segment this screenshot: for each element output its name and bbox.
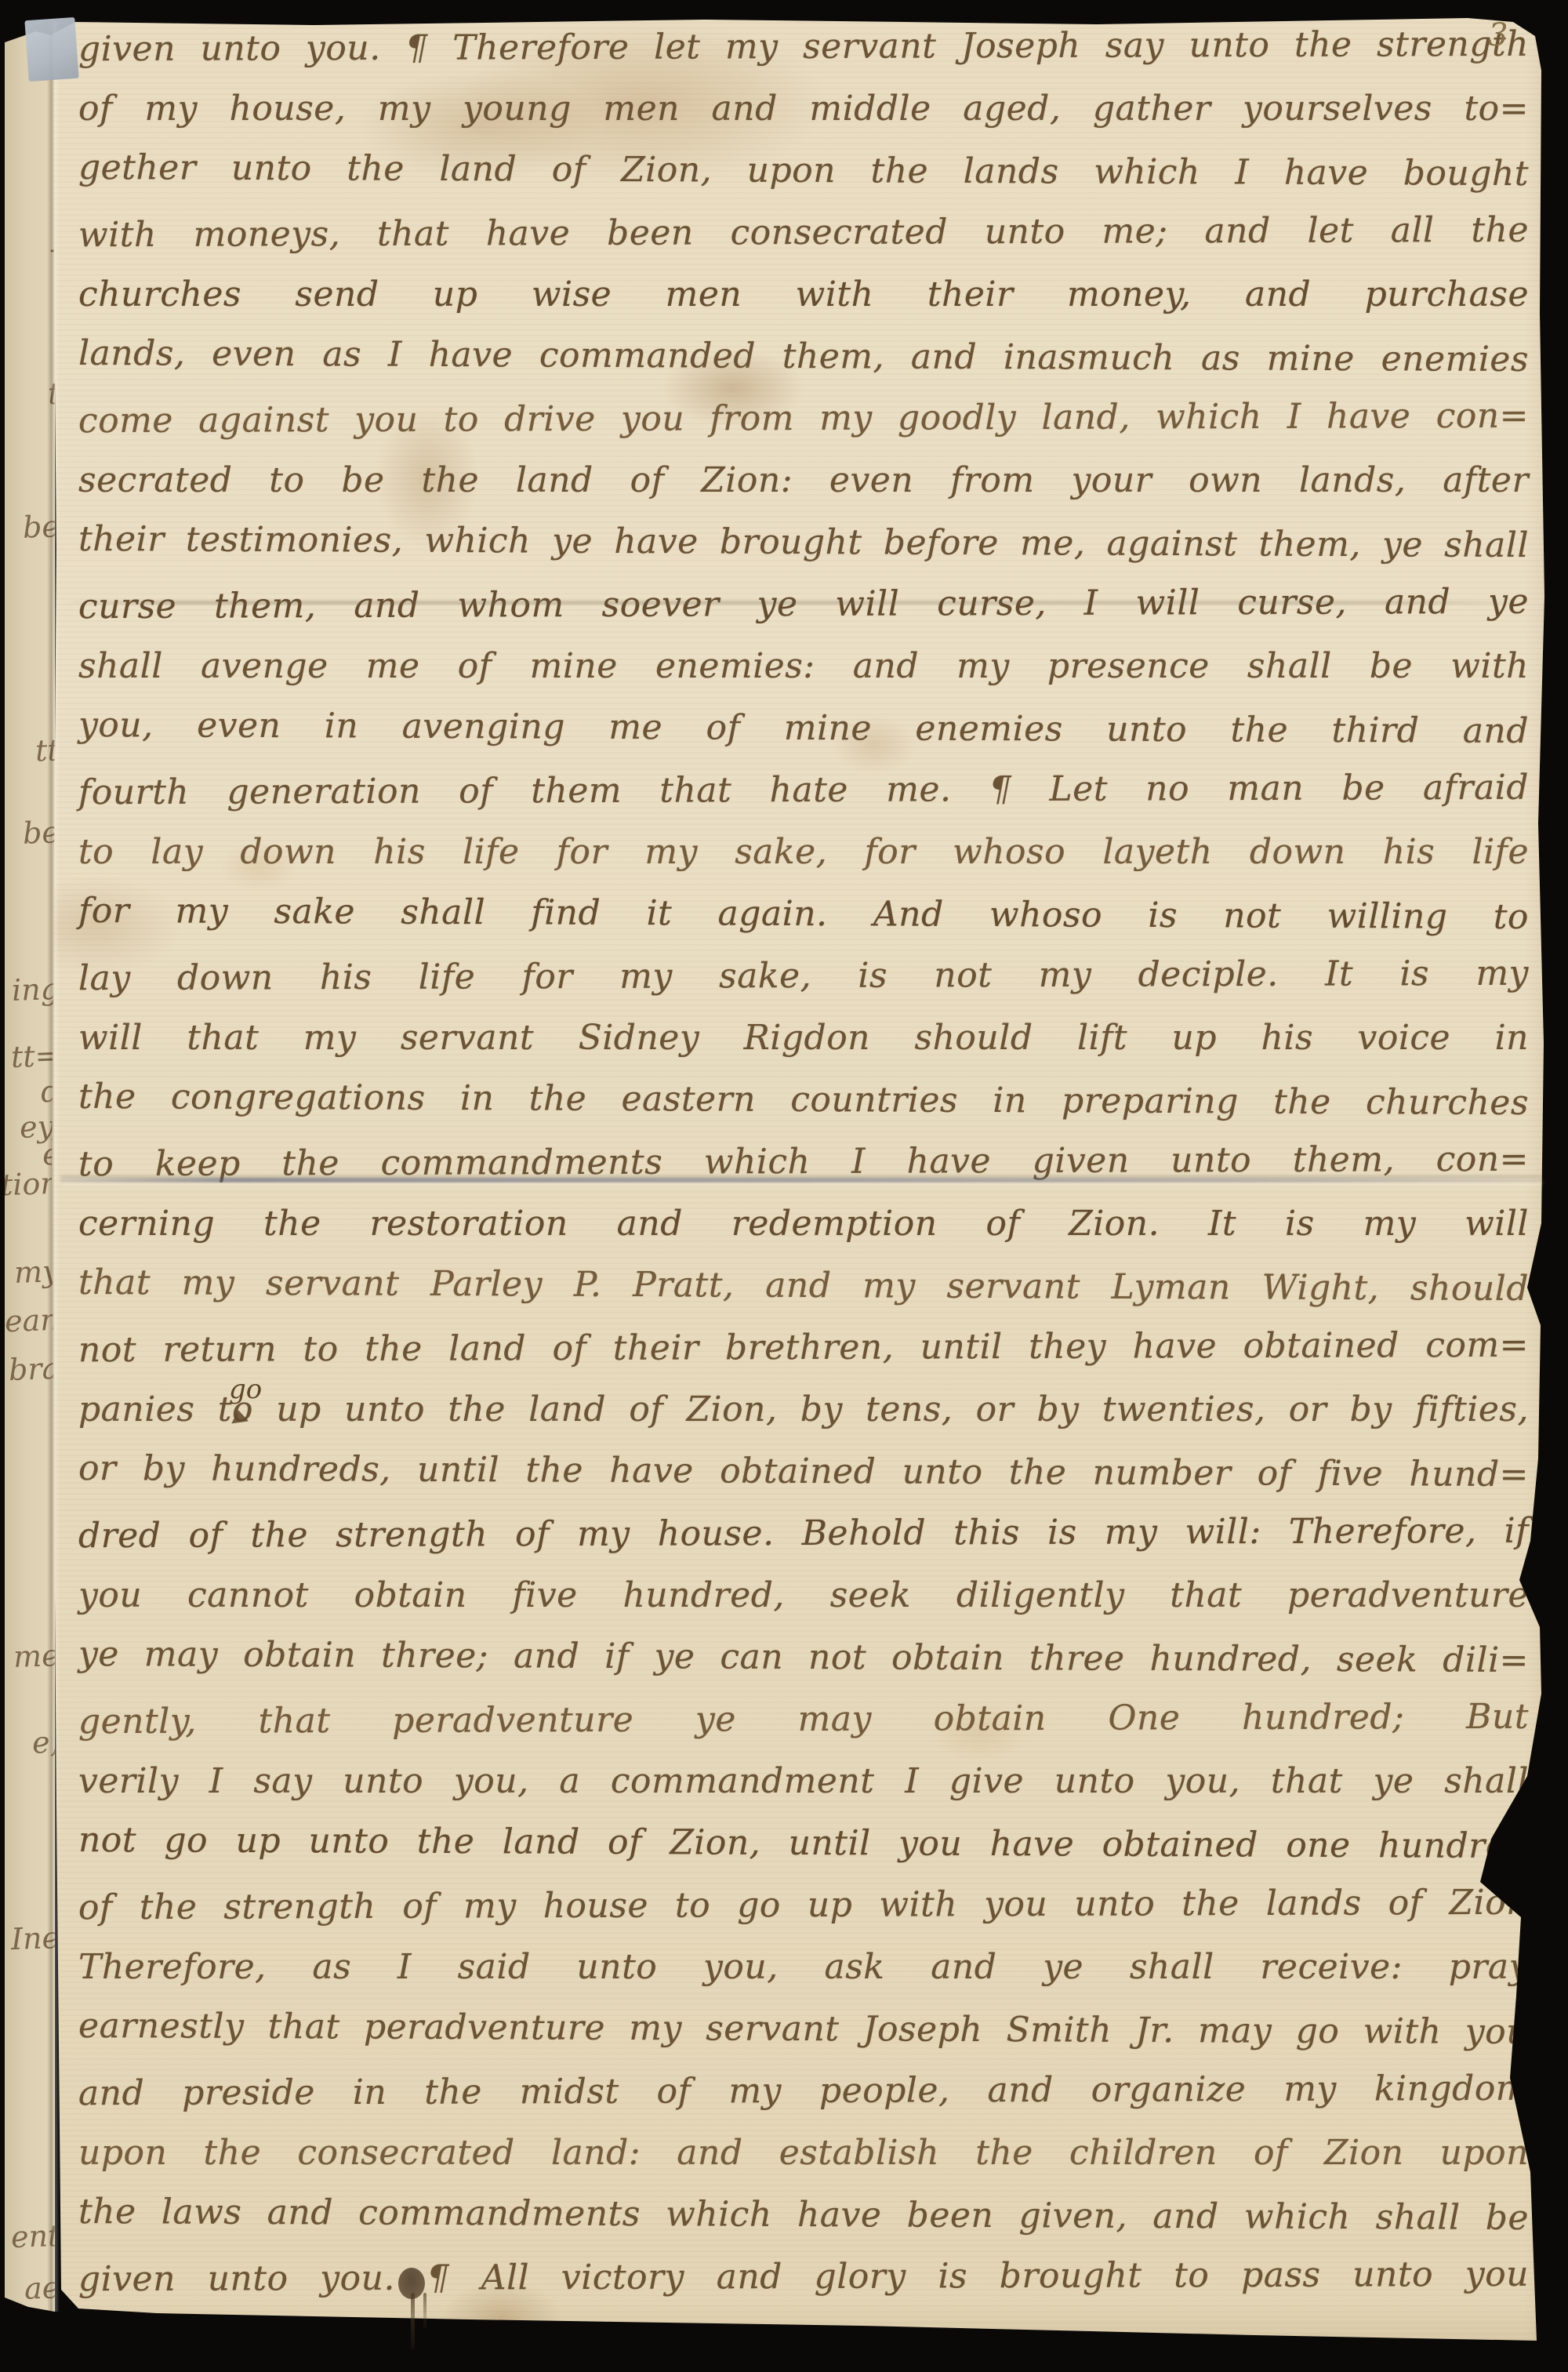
text-line: earnestly that peradventure my servant J…: [78, 1995, 1529, 2063]
text-line: churches send up wise men with their mon…: [78, 263, 1529, 325]
inserted-word: go: [229, 1374, 262, 1405]
text-line: the laws and commandments which have bee…: [78, 2181, 1529, 2249]
caret-icon: [230, 1409, 249, 1424]
ink-drip: [411, 2293, 415, 2349]
text-line: cerning the restoration and redemption o…: [78, 1193, 1529, 1255]
text-line: or by hundreds, until the have obtained …: [78, 1437, 1529, 1506]
tape-fragment: [24, 17, 78, 82]
fold-crease-upper: [63, 601, 1537, 605]
binding-crease: [47, 22, 60, 2312]
text-line: secrated to be the land of Zion: even fr…: [78, 449, 1529, 511]
text-line: gently, that peradventure ye may obtain …: [78, 1686, 1529, 1753]
text-line: and preside in the midst of my people, a…: [78, 2058, 1529, 2124]
text-line: given unto you. ¶ Therefore let my serva…: [78, 13, 1529, 80]
ink-drip: [423, 2293, 426, 2329]
text-line: panies to up unto the land of Zion, by t…: [78, 1379, 1529, 1440]
text-line: the congregations in the eastern countri…: [78, 1066, 1529, 1134]
manuscript-photo: -tbettbeingtt=dey,etionmyeanbramee,Ineen…: [0, 0, 1568, 2372]
text-line: you, even in avenging me of mine enemies…: [78, 694, 1529, 762]
text-line: to lay down his life for my sake, for wh…: [78, 821, 1529, 883]
text-line: lay down his life for my sake, is not my…: [78, 943, 1529, 1009]
manuscript-page: given unto you. ¶ Therefore let my serva…: [0, 0, 1568, 2372]
text-line: shall avenge me of mine enemies: and my …: [78, 635, 1529, 697]
text-line: will that my servant Sidney Rigdon shoul…: [78, 1007, 1529, 1069]
text-line: to keep the commandments which I have gi…: [78, 1128, 1529, 1195]
text-line: of my house, my young men and middle age…: [78, 78, 1529, 140]
manuscript-text: given unto you. ¶ Therefore let my serva…: [78, 16, 1529, 2308]
text-line: Therefore, as I said unto you, ask and y…: [78, 1936, 1529, 1998]
text-line: you cannot obtain five hundred, seek dil…: [78, 1564, 1529, 1626]
text-line: lands, even as I have commanded them, an…: [78, 322, 1529, 390]
text-line: ye may obtain three; and if ye can not o…: [78, 1623, 1529, 1691]
fold-crease-middle: [61, 1178, 1541, 1182]
text-line: that my servant Parley P. Pratt, and my …: [78, 1251, 1529, 1320]
text-line: fourth generation of them that hate me. …: [78, 757, 1529, 823]
text-line: dred of the strength of my house. Behold…: [78, 1500, 1529, 1567]
text-line: their testimonies, which ye have brought…: [78, 508, 1529, 576]
page-number: 3: [1488, 17, 1508, 53]
text-line: not go up unto the land of Zion, until y…: [78, 1809, 1529, 1877]
text-line: come against you to drive you from my go…: [78, 385, 1529, 452]
text-line: upon the consecrated land: and establish…: [78, 2122, 1529, 2184]
text-line: for my sake shall find it again. And who…: [78, 880, 1529, 948]
text-line: of the strength of my house to go up wit…: [78, 1872, 1529, 1938]
interlinear-insertion: go: [229, 1374, 262, 1405]
text-line: verily I say unto you, a commandment I g…: [78, 1750, 1529, 1812]
text-line: gether unto the land of Zion, upon the l…: [78, 136, 1529, 205]
text-line: given unto you. ¶ All victory and glory …: [78, 2243, 1529, 2310]
text-line: not return to the land of their brethren…: [78, 1314, 1529, 1381]
text-line: with moneys, that have been consecrated …: [78, 199, 1529, 266]
